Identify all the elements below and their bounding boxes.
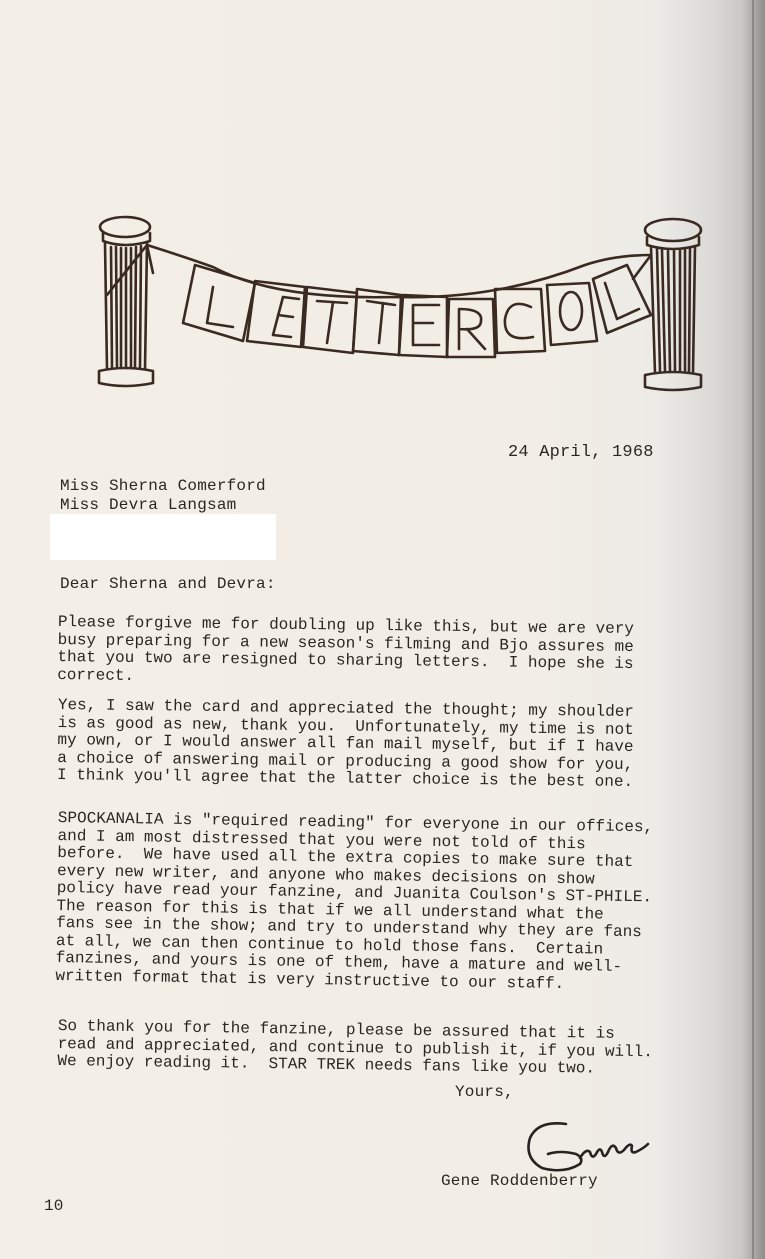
recipient-name: Miss Sherna Comerford	[60, 477, 266, 495]
lettercol-banner	[95, 205, 715, 395]
letter-paragraph-2: Yes, I saw the card and appreciated the …	[57, 697, 738, 793]
page-number: 10	[44, 1197, 64, 1216]
signature	[520, 1118, 660, 1176]
scanned-page: 24 April, 1968 Miss Sherna Comerford Mis…	[0, 0, 765, 1259]
letter-paragraph-4: So thank you for the fanzine, please be …	[57, 1018, 738, 1080]
recipient-name: Miss Devra Langsam	[60, 496, 236, 514]
salutation: Dear Sherna and Devra:	[60, 575, 276, 594]
redacted-address	[50, 514, 276, 560]
letter-paragraph-1: Please forgive me for doubling up like t…	[57, 614, 738, 692]
closing: Yours,	[455, 1083, 514, 1102]
recipient-block: Miss Sherna Comerford Miss Devra Langsam	[60, 477, 266, 515]
binding-gutter	[752, 0, 754, 1259]
signature-icon	[520, 1118, 660, 1176]
letter-paragraph-3: SPOCKANALIA is "required reading" for ev…	[55, 810, 738, 996]
letter-date: 24 April, 1968	[508, 443, 654, 462]
signer-name: Gene Roddenberry	[441, 1172, 598, 1191]
lettercol-drawing-icon	[95, 205, 715, 395]
